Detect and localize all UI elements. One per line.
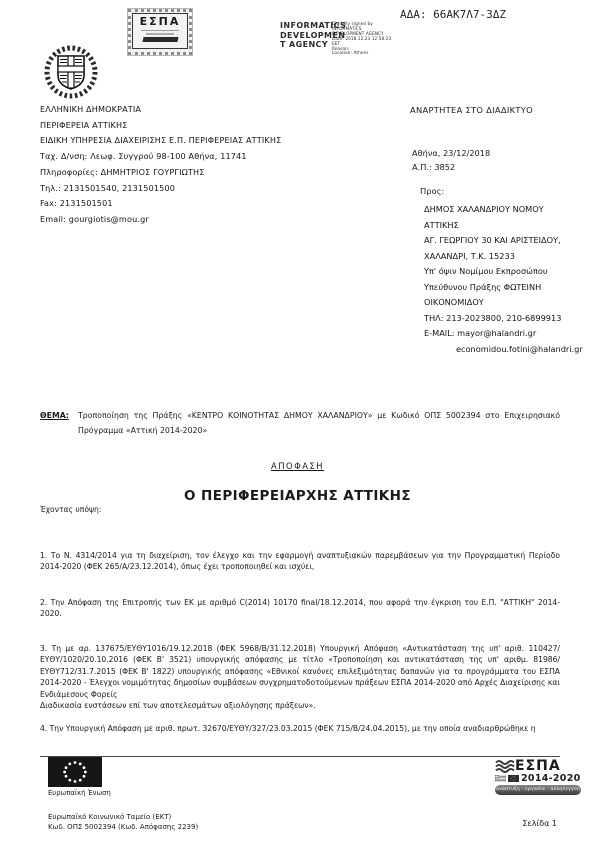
espa-stamp-logo: ΕΣΠΑ [128,9,192,55]
sender-line-contact: Πληροφορίες: ΔΗΜΗΤΡΙΟΣ ΓΟΥΡΓΙΩΤΗΣ [40,165,281,181]
page-number: Σελίδα 1 [522,819,557,828]
sender-line-email: Email: gourgiotis@mou.gr [40,212,281,228]
body-paragraph-4: 4. Την Υπουργική Απόφαση με αριθ. πρωτ. … [40,723,560,734]
ada-code: ΑΔΑ: 66ΑΚ7Λ7-3ΔΖ [400,8,506,21]
to-label: Προς: [420,186,444,196]
stamp-decorative-line [146,33,174,35]
sender-line-phone: Τηλ.: 2131501540, 2131501500 [40,181,281,197]
greek-flag-icon [495,775,506,782]
espa-logo-title: ΕΣΠΑ [515,759,561,773]
body-paragraph-2: 2. Την Απόφαση της Επιτροπής των ΕΚ με α… [40,597,560,620]
recipient-line: ΑΤΤΙΚΗΣ [424,218,583,234]
recipient-line: ΟΙΚΟΝΟΜΙΔΟΥ [424,295,583,311]
recipient-block: ΔΗΜΟΣ ΧΑΛΑΝΔΡΙΟΥ ΝΟΜΟΥ ΑΤΤΙΚΗΣ ΑΓ. ΓΕΩΡΓ… [424,202,583,357]
fund-label: Ευρωπαϊκό Κοινωνικό Ταμείο (ΕΚΤ) [48,813,171,821]
digital-signature-details: Digitally signed by INFORMATICS DEVELOPM… [332,22,402,56]
body-paragraph-3: 3. Τη με αρ. 137675/ΕΥΘΥ1016/19.12.2018 … [40,643,560,711]
subject-text: Τροποποίηση της Πράξης «ΚΕΝΤΡΟ ΚΟΙΝΟΤΗΤΑ… [78,411,560,435]
anartitea-label: ΑΝΑΡΤΗΤΕΑ ΣΤΟ ΔΙΑΔΙΚΤΥΟ [410,105,533,115]
document-page: ΕΣΠΑ ΑΔΑ: 66ΑΚ7Λ7-3ΔΖ INFORMATICS DEVELO… [0,0,595,842]
recipient-email: E-MAIL: mayor@halandri.gr [424,326,583,342]
ops-code-label: Κωδ. ΟΠΣ 5002394 (Κωδ. Απόφασης 2239) [48,823,198,831]
sender-line-region: ΠΕΡΙΦΕΡΕΙΑ ΑΤΤΙΚΗΣ [40,118,281,134]
espa-stamp-frame: ΕΣΠΑ [132,13,188,49]
recipient-line: ΑΓ. ΓΕΩΡΓΙΟΥ 30 ΚΑΙ ΑΡΙΣΤΕΙΔΟΥ, [424,233,583,249]
espa-2014-2020-logo: ΕΣΠΑ 2014-2020 ανάπτυξη - εργασία - αλλη… [495,758,581,795]
sender-line-republic: ΕΛΛΗΝΙΚΗ ΔΗΜΟΚΡΑΤΙΑ [40,102,281,118]
recipient-email-secondary: economidou.fotini@halandri.gr [424,342,583,358]
place-date: Αθήνα, 23/12/2018 [412,146,490,160]
sender-line-service: ΕΙΔΙΚΗ ΥΠΗΡΕΣΙΑ ΔΙΑΧΕΙΡΙΣΗΣ Ε.Π. ΠΕΡΙΦΕΡ… [40,133,281,149]
preamble-label: Έχοντας υπόψη: [40,505,101,514]
greek-coat-of-arms [44,41,98,103]
sender-block: ΕΛΛΗΝΙΚΗ ΔΗΜΟΚΡΑΤΙΑ ΠΕΡΙΦΕΡΕΙΑ ΑΤΤΙΚΗΣ Ε… [40,102,281,228]
body-paragraph-1: 1. Το Ν. 4314/2014 για τη διαχείριση, το… [40,550,560,573]
sender-line-fax: Fax: 2131501501 [40,196,281,212]
recipient-line: Υπ' όψιν Νομίμου Εκπροσώπου [424,264,583,280]
espa-stamp-title: ΕΣΠΑ [133,15,187,28]
recipient-line: Υπεύθυνου Πράξης ΦΩΤΕΙΝΗ [424,280,583,296]
decision-heading: ΑΠΟΦΑΣΗ [0,461,595,471]
espa-tagline: ανάπτυξη - εργασία - αλληλεγγύη [495,785,581,795]
subject-paragraph: ΘΕΜΑ: Τροποποίηση της Πράξης «ΚΕΝΤΡΟ ΚΟΙ… [40,409,560,438]
protocol-number: Α.Π.: 3852 [412,160,490,174]
subject-label: ΘΕΜΑ: [40,409,69,424]
stamp-decorative-mark [142,37,178,42]
recipient-line: ΔΗΜΟΣ ΧΑΛΑΝΔΡΙΟΥ ΝΟΜΟΥ [424,202,583,218]
date-protocol-block: Αθήνα, 23/12/2018 Α.Π.: 3852 [412,146,490,174]
eu-label: Ευρωπαϊκή Ένωση [48,789,111,797]
signature-detail-line: Location: Athens [332,51,402,56]
eu-flag-logo [48,757,102,787]
footer-divider [40,756,560,757]
authority-title: Ο ΠΕΡΙΦΕΡΕΙΑΡΧΗΣ ΑΤΤΙΚΗΣ [0,488,595,504]
recipient-phone: ΤΗΛ: 213-2023800, 210-6899913 [424,311,583,327]
espa-waves-icon [495,759,515,773]
eu-flag-icon [508,775,519,782]
stamp-decorative-line [141,30,179,32]
espa-period-label: 2014-2020 [521,774,581,783]
sender-line-address: Ταχ. Δ/νση: Λεωφ. Συγγρού 98-100 Αθήνα, … [40,149,281,165]
recipient-line: ΧΑΛΑΝΔΡΙ, Τ.Κ. 15233 [424,249,583,265]
